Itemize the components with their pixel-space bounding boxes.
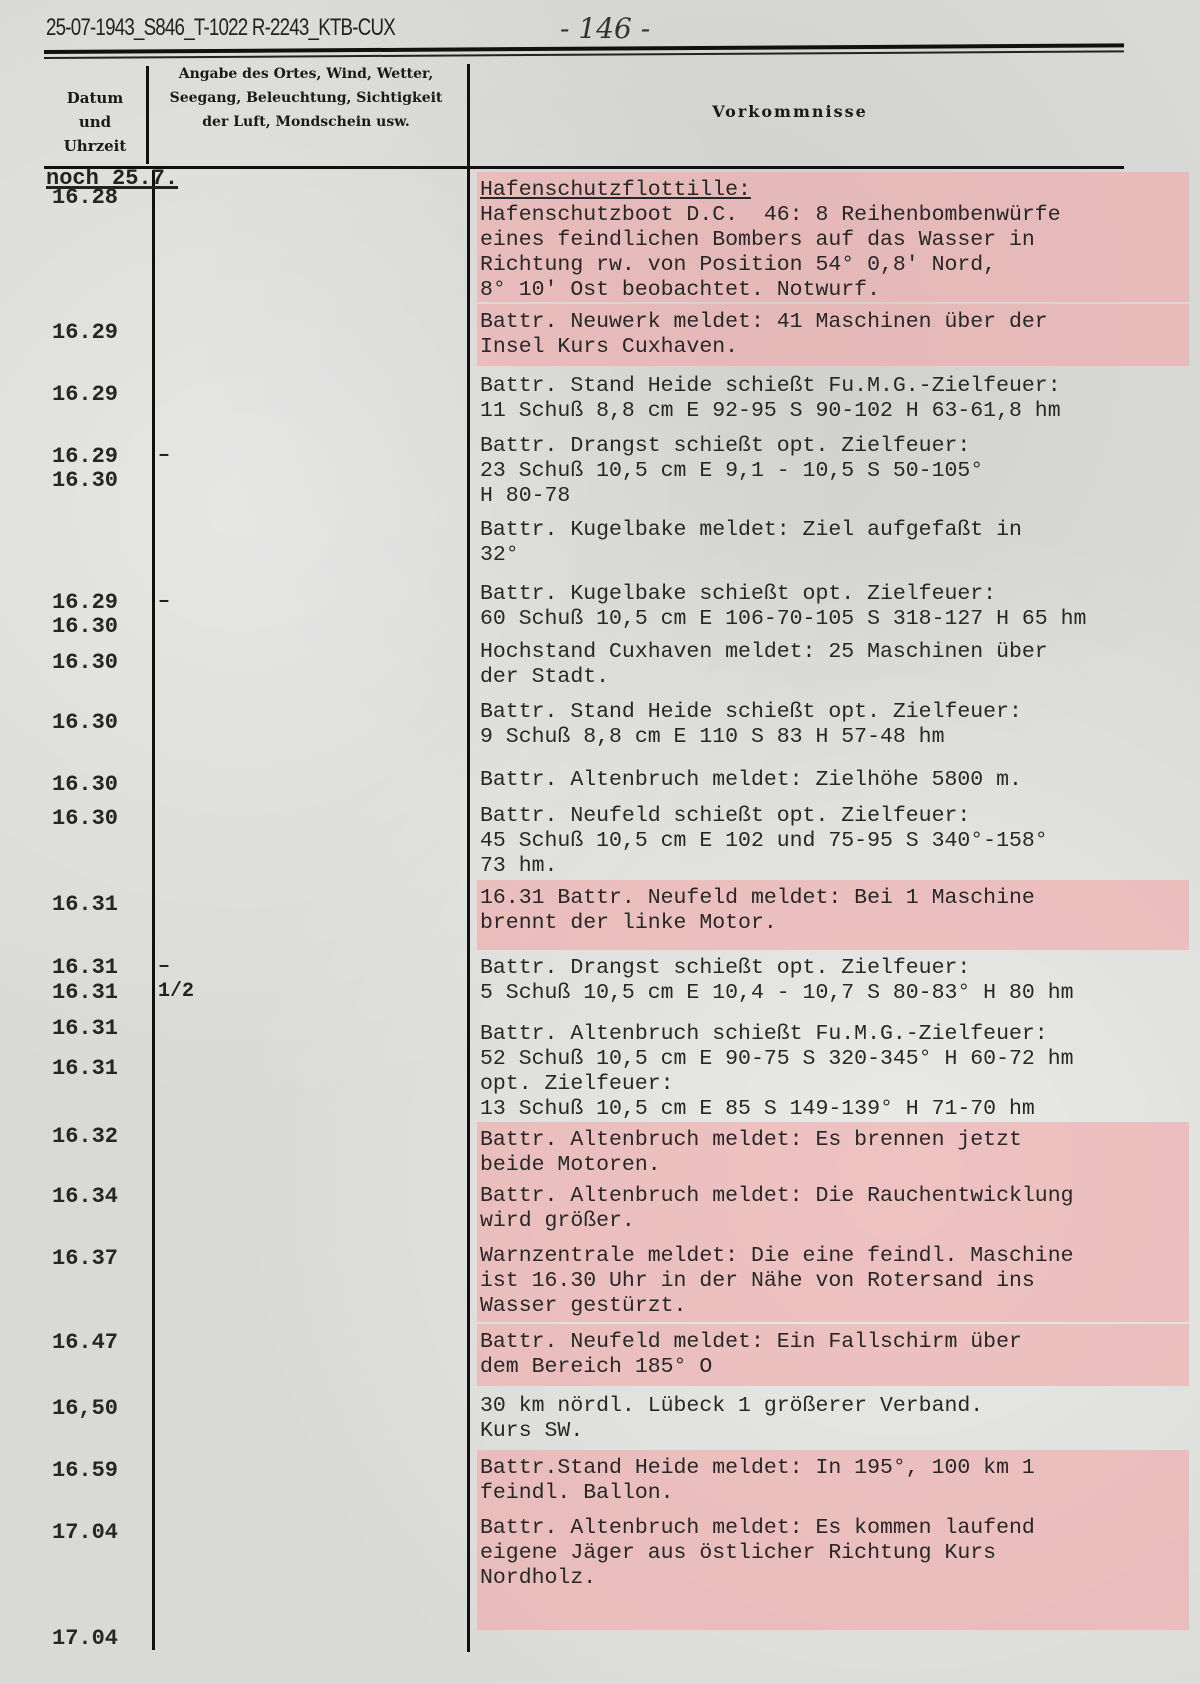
log-entry: Battr. Kugelbake meldet: Ziel aufgefaßt …	[477, 512, 1189, 574]
conditions-mark: –	[158, 590, 170, 613]
time-stamp: 16.31	[52, 892, 132, 917]
log-entry: Battr. Neufeld schießt opt. Zielfeuer: 4…	[477, 798, 1189, 880]
column-header-datetime: Datum und Uhrzeit	[50, 86, 140, 158]
time-stamp: 16.37	[52, 1246, 132, 1271]
time-stamp: 16.30	[52, 710, 132, 735]
entry-text: Battr. Altenbruch meldet: Die Rauchentwi…	[480, 1184, 1189, 1234]
log-entry: Battr.Stand Heide meldet: In 195°, 100 k…	[477, 1450, 1189, 1510]
column-divider-2	[467, 64, 470, 1652]
entry-text: Battr. Kugelbake meldet: Ziel aufgefaßt …	[480, 518, 1189, 568]
entry-text: Battr. Altenbruch meldet: Es kommen lauf…	[480, 1516, 1189, 1591]
log-entry: Battr. Altenbruch schießt Fu.M.G.-Zielfe…	[477, 1016, 1189, 1122]
log-entry: Battr. Altenbruch meldet: Es kommen lauf…	[477, 1510, 1189, 1630]
time-stamp: 16.31	[52, 1056, 132, 1081]
time-stamp: 17.04	[52, 1626, 132, 1651]
log-entry: Battr. Altenbruch meldet: Die Rauchentwi…	[477, 1178, 1189, 1238]
conditions-mark: –	[158, 444, 170, 467]
log-entry: Warnzentrale meldet: Die eine feindl. Ma…	[477, 1238, 1189, 1322]
log-entry: Battr. Stand Heide schießt Fu.M.G.-Zielf…	[477, 368, 1189, 428]
entry-text: Battr. Neufeld meldet: Ein Fallschirm üb…	[480, 1330, 1189, 1380]
page-number: - 146 -	[560, 12, 650, 45]
log-entry: Battr. Drangst schießt opt. Zielfeuer: 5…	[477, 950, 1189, 1016]
time-stamp: 16.29	[52, 320, 132, 345]
entry-text: Battr. Neuwerk meldet: 41 Maschinen über…	[480, 310, 1189, 360]
time-stamp: 16.59	[52, 1458, 132, 1483]
time-stamp: 16.31	[52, 980, 132, 1005]
time-stamp: 16,50	[52, 1396, 132, 1421]
log-entry: Hafenschutzflottille:Hafenschutzboot D.C…	[477, 172, 1189, 302]
entry-heading: Hafenschutzflottille:	[480, 178, 1189, 203]
entry-text: Hafenschutzboot D.C. 46: 8 Reihenbombenw…	[480, 203, 1189, 303]
header-bottom-rule	[44, 166, 1124, 169]
entry-text: Battr. Altenbruch schießt Fu.M.G.-Zielfe…	[480, 1022, 1189, 1122]
time-stamp: 16.32	[52, 1124, 132, 1149]
time-stamp: 16.30	[52, 806, 132, 831]
time-stamp: 16.30	[52, 650, 132, 675]
reference-id: 25-07-1943_S846_T-1022 R-2243_KTB-CUX	[46, 14, 395, 42]
log-entry: Battr. Kugelbake schießt opt. Zielfeuer:…	[477, 576, 1189, 634]
entry-text: Battr. Altenbruch meldet: Zielhöhe 5800 …	[480, 768, 1189, 793]
time-stamp: 16.30	[52, 614, 132, 639]
log-entry: 30 km nördl. Lübeck 1 größerer Verband. …	[477, 1388, 1189, 1450]
log-entry: Battr. Stand Heide schießt opt. Zielfeue…	[477, 694, 1189, 760]
log-entry: Battr. Altenbruch meldet: Zielhöhe 5800 …	[477, 762, 1189, 798]
time-stamp: 16.28	[52, 185, 132, 210]
time-stamp: 16.34	[52, 1184, 132, 1209]
entry-text: Battr. Stand Heide schießt Fu.M.G.-Zielf…	[480, 374, 1189, 424]
column-divider-1-lower	[152, 170, 155, 1650]
entry-text: 16.31 Battr. Neufeld meldet: Bei 1 Masch…	[480, 886, 1189, 936]
log-entry: Battr. Neuwerk meldet: 41 Maschinen über…	[477, 304, 1189, 366]
log-entry: Hochstand Cuxhaven meldet: 25 Maschinen …	[477, 634, 1189, 694]
conditions-mark: –	[158, 955, 170, 978]
time-stamp: 16.29	[52, 382, 132, 407]
time-stamp: 16.30	[52, 468, 132, 493]
entry-text: Battr. Drangst schießt opt. Zielfeuer: 5…	[480, 956, 1189, 1006]
entry-text: Battr. Kugelbake schießt opt. Zielfeuer:…	[480, 582, 1189, 632]
time-stamp: 16.47	[52, 1330, 132, 1355]
conditions-mark: 1/2	[158, 980, 194, 1003]
entry-text: Battr. Stand Heide schießt opt. Zielfeue…	[480, 700, 1189, 750]
time-stamp: 16.29	[52, 444, 132, 469]
time-stamp: 16.30	[52, 772, 132, 797]
entry-text: Battr. Drangst schießt opt. Zielfeuer: 2…	[480, 434, 1189, 509]
entry-text: Battr. Neufeld schießt opt. Zielfeuer: 4…	[480, 804, 1189, 879]
log-entry: Battr. Neufeld meldet: Ein Fallschirm üb…	[477, 1324, 1189, 1386]
column-header-events: Vorkommnisse	[470, 100, 1110, 124]
time-stamp: 17.04	[52, 1520, 132, 1545]
entry-text: Battr.Stand Heide meldet: In 195°, 100 k…	[480, 1456, 1189, 1506]
time-stamp: 16.31	[52, 955, 132, 980]
time-stamp: 16.31	[52, 1016, 132, 1041]
entry-text: Hochstand Cuxhaven meldet: 25 Maschinen …	[480, 640, 1189, 690]
entry-text: Battr. Altenbruch meldet: Es brennen jet…	[480, 1128, 1189, 1178]
log-entry: Battr. Drangst schießt opt. Zielfeuer: 2…	[477, 428, 1189, 512]
entry-text: 30 km nördl. Lübeck 1 größerer Verband. …	[480, 1394, 1189, 1444]
column-divider-1	[146, 66, 149, 164]
log-entry: Battr. Altenbruch meldet: Es brennen jet…	[477, 1122, 1189, 1178]
log-entry: 16.31 Battr. Neufeld meldet: Bei 1 Masch…	[477, 880, 1189, 950]
entry-text: Warnzentrale meldet: Die eine feindl. Ma…	[480, 1244, 1189, 1319]
time-stamp: 16.29	[52, 590, 132, 615]
column-header-conditions: Angabe des Ortes, Wind, Wetter, Seegang,…	[150, 62, 462, 134]
